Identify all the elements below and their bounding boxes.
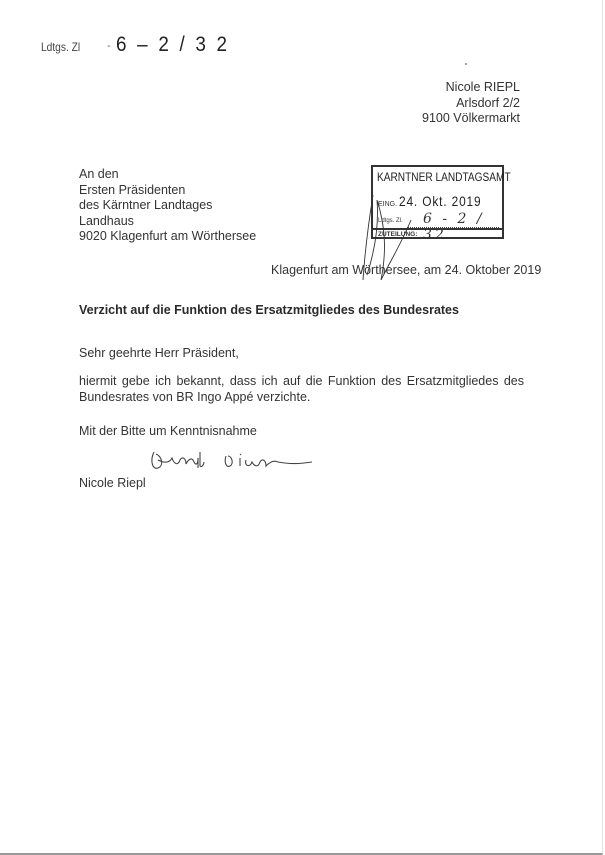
salutation: Sehr geehrte Herr Präsident, [79,346,239,360]
sender-address: Nicole RIEPL Arlsdorf 2/2 9100 Völkermar… [422,80,520,127]
reference-number: 6 – 2 / 3 2 [116,33,230,57]
reference-label: Ldtgs. Zl [41,40,80,54]
letter-body: hiermit gebe ich bekannt, dass ich auf d… [79,374,524,405]
signer-name: Nicole Riepl [79,476,146,490]
recipient-line: 9020 Klagenfurt am Wörthersee [79,229,256,245]
signature-icon [148,446,318,476]
recipient-address: An den Ersten Präsidenten des Kärntner L… [79,167,256,245]
reference-separator: - [107,40,111,52]
speck [465,63,467,65]
recipient-line: An den [79,167,256,183]
recipient-line: des Kärntner Landtages [79,198,256,214]
sender-name: Nicole RIEPL [422,80,520,96]
recipient-line: Ersten Präsidenten [79,183,256,199]
letter-page: Ldtgs. Zl - 6 – 2 / 3 2 Nicole RIEPL Arl… [0,0,603,855]
sender-street: Arlsdorf 2/2 [422,96,520,112]
closing-line: Mit der Bitte um Kenntnisnahme [79,424,257,438]
sender-city: 9100 Völkermarkt [422,111,520,127]
letter-subject: Verzicht auf die Funktion des Ersatzmitg… [79,303,459,317]
place-and-date: Klagenfurt am Wörthersee, am 24. Oktober… [271,263,541,277]
recipient-line: Landhaus [79,214,256,230]
